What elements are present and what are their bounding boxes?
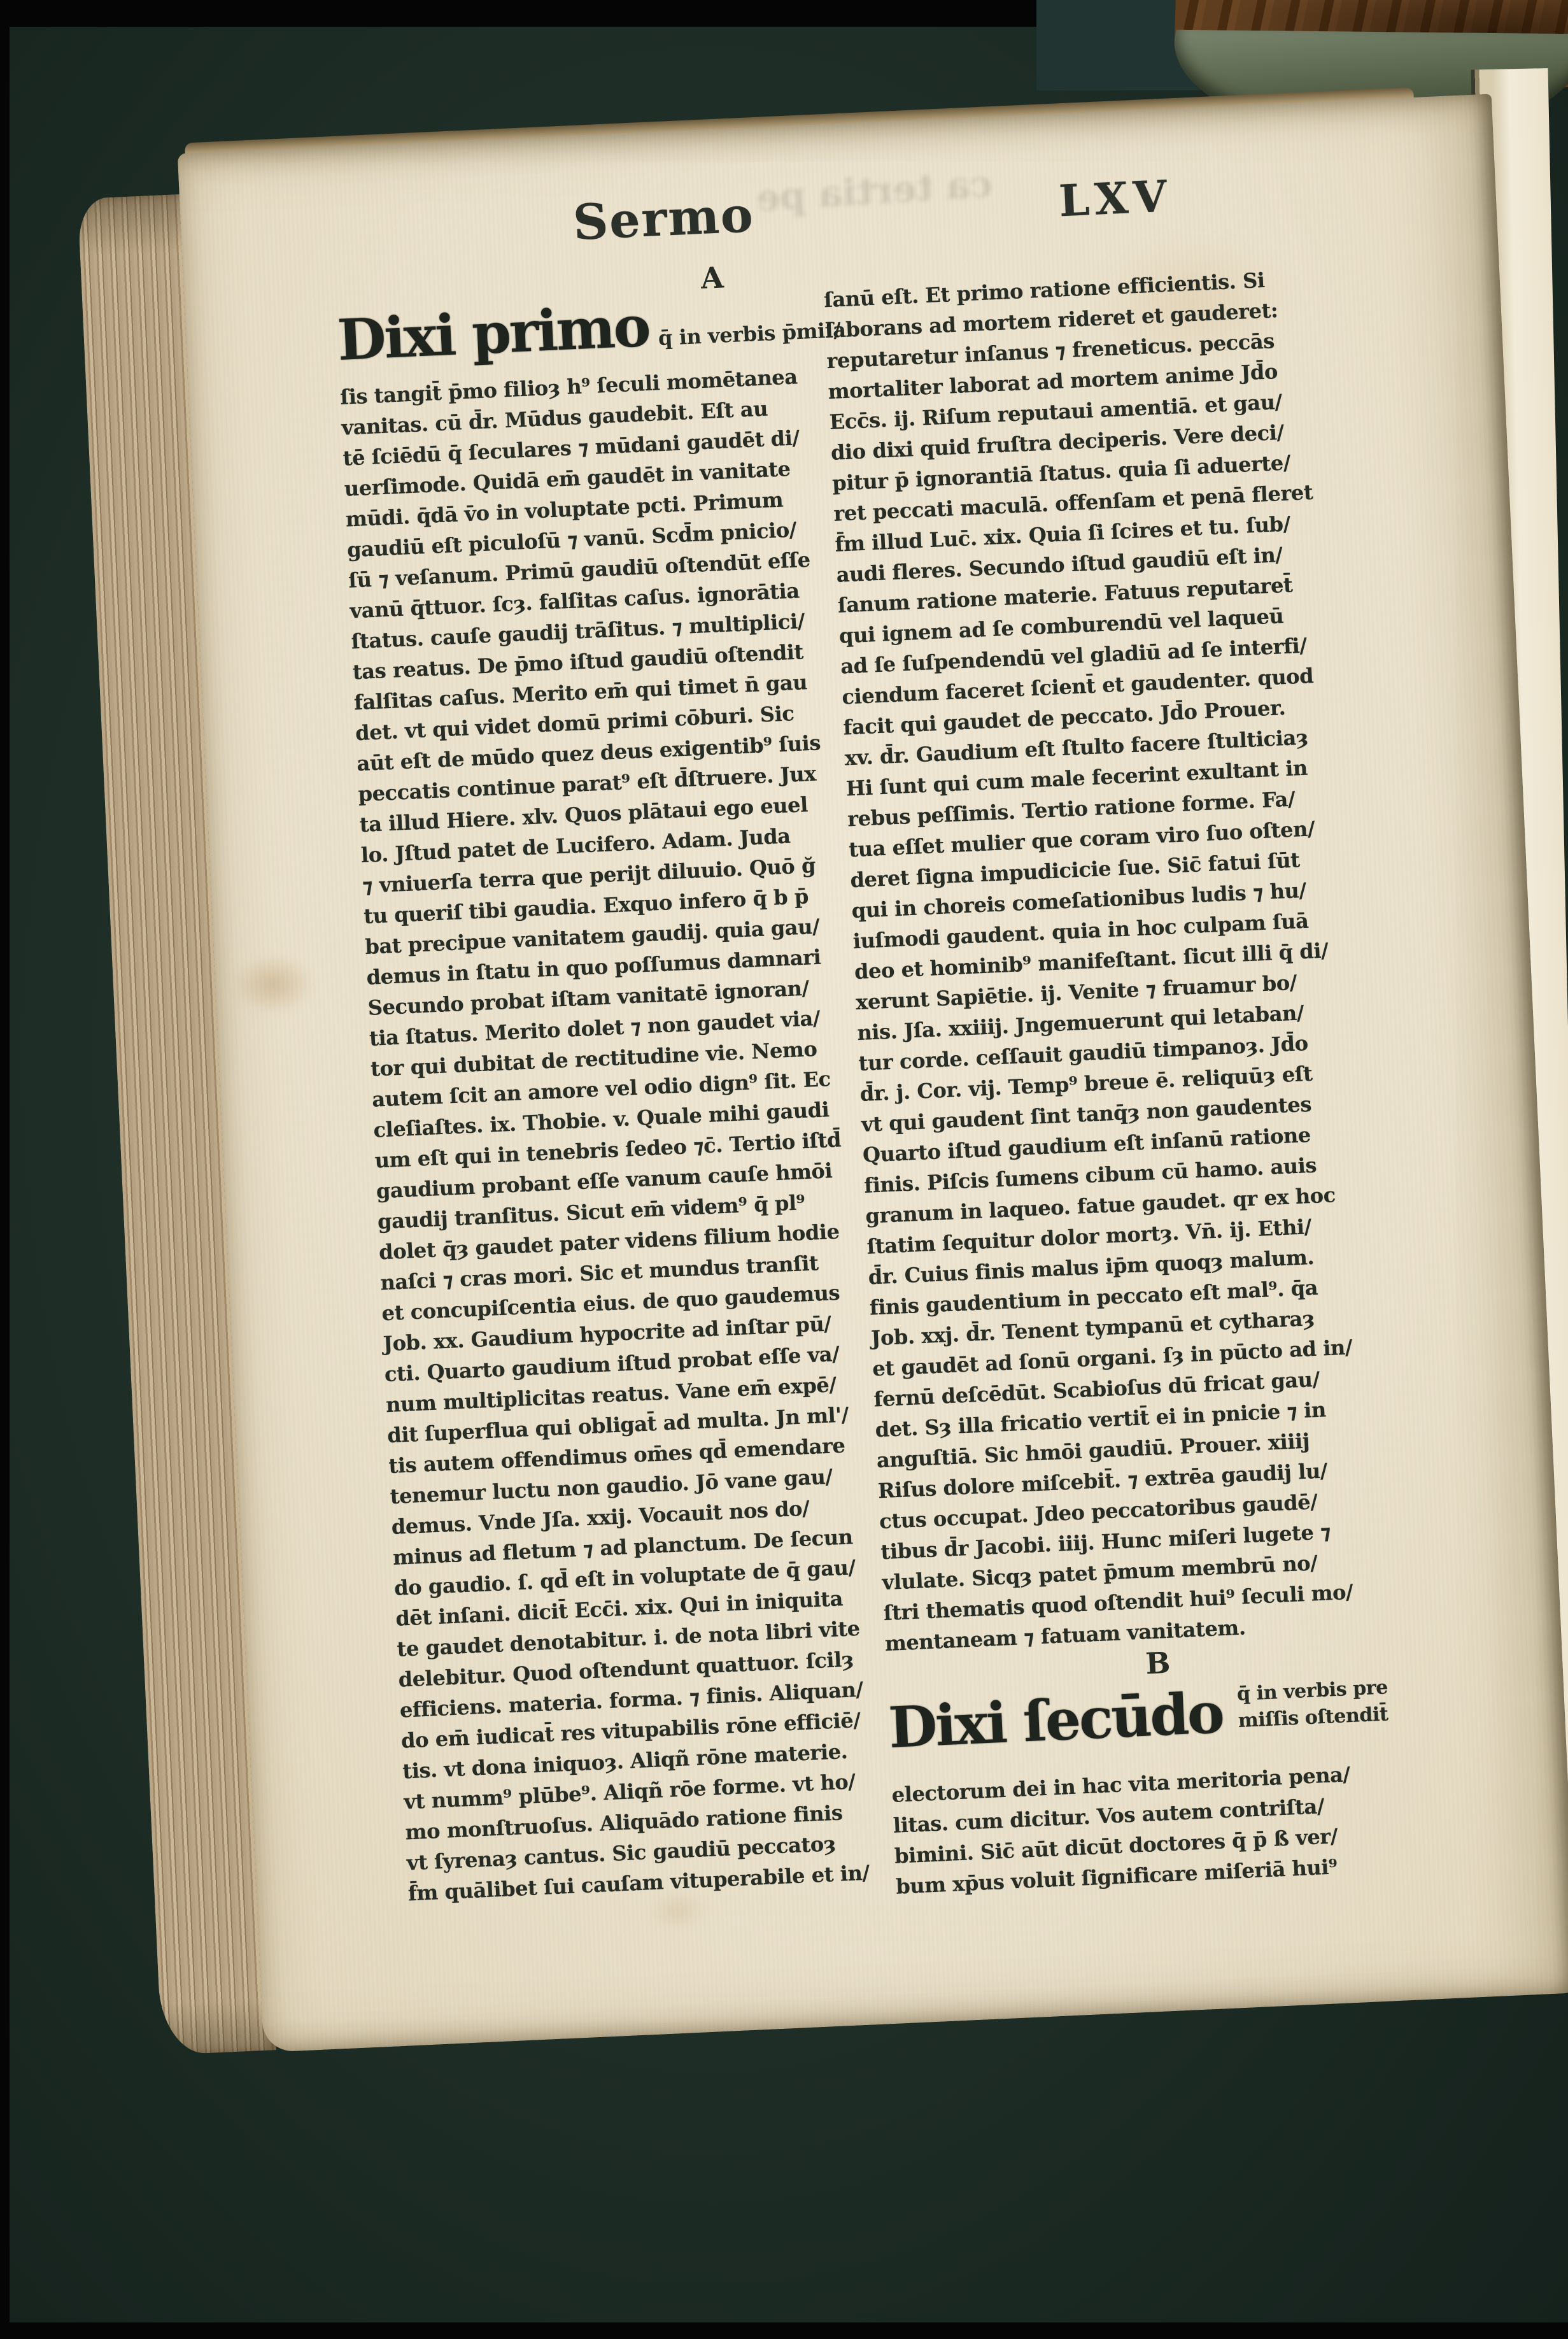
section-marker-a: A [700,260,724,295]
stain [230,952,316,1017]
initial-dixi-secundo: Dixi ſecūdo [887,1679,1224,1761]
left-black-strip [0,0,10,2339]
column-lines: electorum dei in hac vita meritoria pena… [891,1759,1357,1902]
initial-suffix-stack: q̄ in verbis premiſſis oſtendit̄ [1236,1672,1390,1735]
text-block: A Dixi primoq̄ in verbis p̄miſ/ ſis tang… [336,264,1357,1924]
column-lines: ſis tangit̄ p̄mo filioȝ h⁹ ſeculi momēta… [339,360,884,1909]
running-head: Sermo LXV [180,152,1497,269]
running-head-title: Sermo [572,186,755,251]
initial-dixi-primo: Dixi primo [336,293,651,373]
initial-suffix-text: q̄ in verbis p̄miſ/ [658,318,841,350]
text-column-left: A Dixi primoq̄ in verbis p̄miſ/ ſis tang… [336,285,886,1924]
page: ca tertia pe Sermo LXV A Dixi primoq̄ in… [178,94,1568,2052]
column-lines: ſanū eſt. Et primo ratione efficientis. … [823,264,1346,1659]
folio-number: LXV [1058,171,1173,227]
photo-stage: ca tertia pe Sermo LXV A Dixi primoq̄ in… [0,0,1568,2339]
book: ca tertia pe Sermo LXV A Dixi primoq̄ in… [76,94,1568,2073]
text-column-right: ſanū eſt. Et primo ratione efficientis. … [823,264,1357,1902]
bottom-black-strip [0,2322,1568,2339]
